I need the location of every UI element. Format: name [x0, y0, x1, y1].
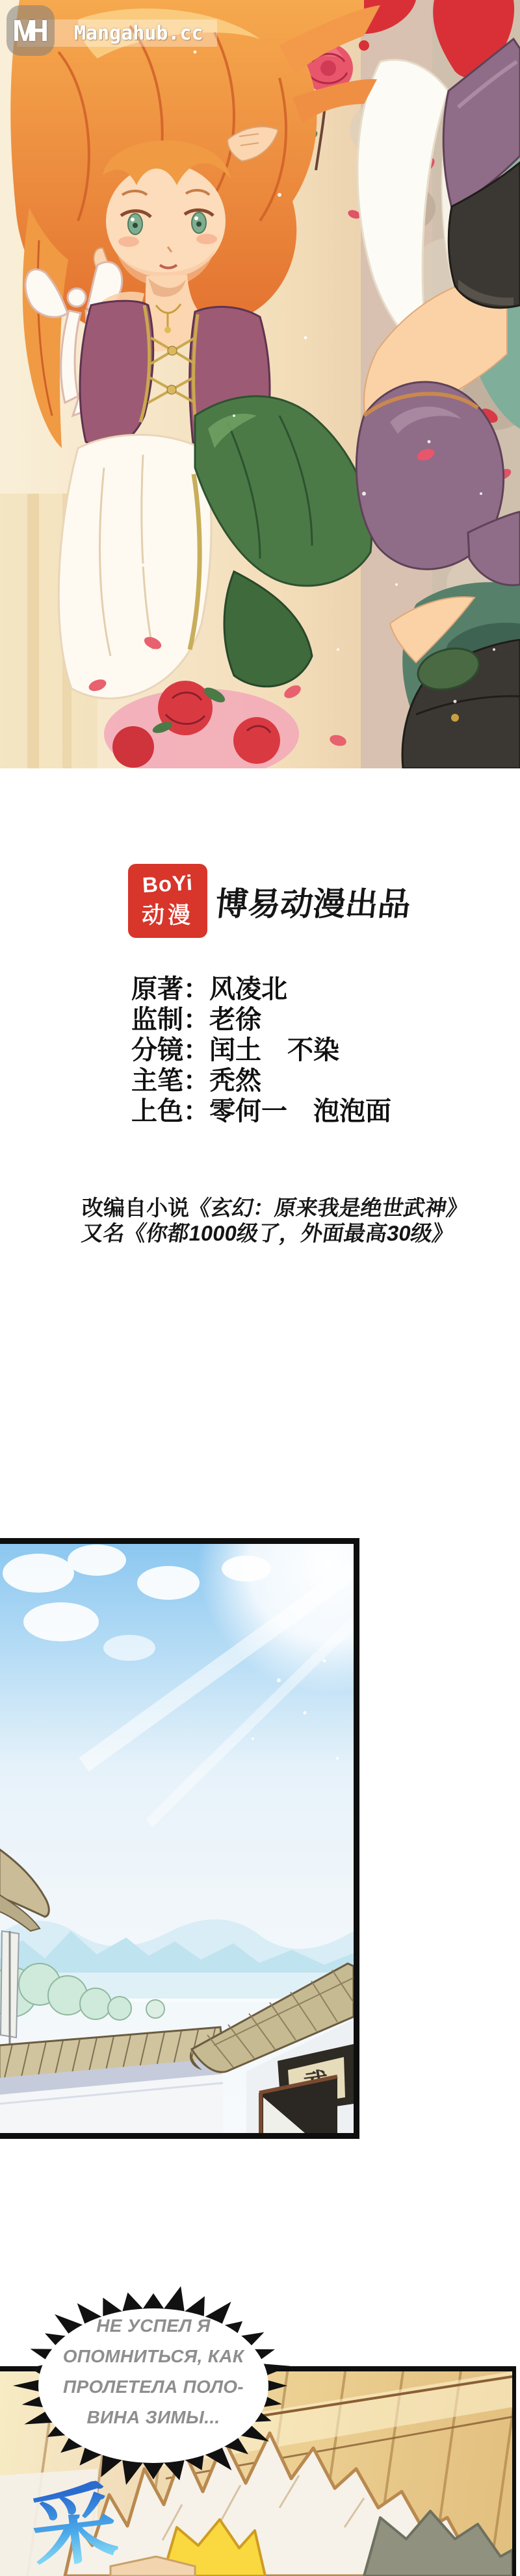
credit-storyboard: 分镜：闰土 不染 — [131, 1035, 391, 1066]
credit-colorist: 上色：零何一 泡泡面 — [131, 1096, 391, 1127]
speech-bubble-text: НЕ УСПЕЛ Я ОПОМНИТЬСЯ, КАК ПРОЛЕТЕЛА ПОЛ… — [6, 2310, 300, 2432]
credit-lead-artist: 主笔：秃然 — [131, 1066, 391, 1096]
speech-bubble: НЕ УСПЕЛ Я ОПОМНИТЬСЯ, КАК ПРОЛЕТЕЛА ПОЛ… — [6, 2281, 300, 2490]
credits-list: 原著：风凌北 监制：老徐 分镜：闰土 不染 主笔：秃然 上色：零何一 泡泡面 — [131, 974, 391, 1127]
dialogue-line: ОПОМНИТЬСЯ, КАК — [6, 2341, 300, 2371]
cover-art-svg — [0, 0, 520, 768]
sfx-glyph: 采 — [26, 2479, 122, 2574]
dialogue-line: НЕ УСПЕЛ Я — [6, 2310, 300, 2341]
cover-illustration — [0, 0, 520, 768]
credit-supervisor: 监制：老徐 — [131, 1005, 391, 1035]
publisher-tagline: 博易动漫出品 — [213, 878, 413, 925]
watermark-logo: MH — [6, 5, 55, 56]
publisher-logo-cjk: 动漫 — [142, 898, 194, 930]
adaptation-line-1: 改编自小说《玄幻：原来我是绝世武神》 — [82, 1195, 468, 1220]
hair-gray-section — [364, 2511, 512, 2576]
watermark-site-text: Mangahub.cc — [74, 22, 203, 45]
dialogue-line: ВИНА ЗИМЫ... — [6, 2402, 300, 2432]
adaptation-note: 改编自小说《玄幻：原来我是绝世武神》 又名《你都1000级了，外面最高30级》 — [82, 1195, 468, 1246]
watermark-initials: MH — [12, 13, 49, 48]
scene-panel: 武 — [0, 1538, 359, 2139]
adaptation-line-2: 又名《你都1000级了，外面最高30级》 — [82, 1220, 468, 1246]
wall — [0, 2027, 224, 2133]
publisher-logo: BoYi 动漫 — [128, 864, 207, 938]
manga-page: Mangahub.cc MH BoYi 动漫 博易动漫出品 原著：风凌北 监制：… — [0, 0, 520, 2576]
dialogue-line: ПРОЛЕТЕЛА ПОЛО- — [6, 2371, 300, 2402]
publisher-logo-latin: BoYi — [142, 870, 194, 898]
scene-panel-art: 武 — [0, 1544, 354, 2133]
credit-original-author: 原著：风凌北 — [131, 974, 391, 1005]
